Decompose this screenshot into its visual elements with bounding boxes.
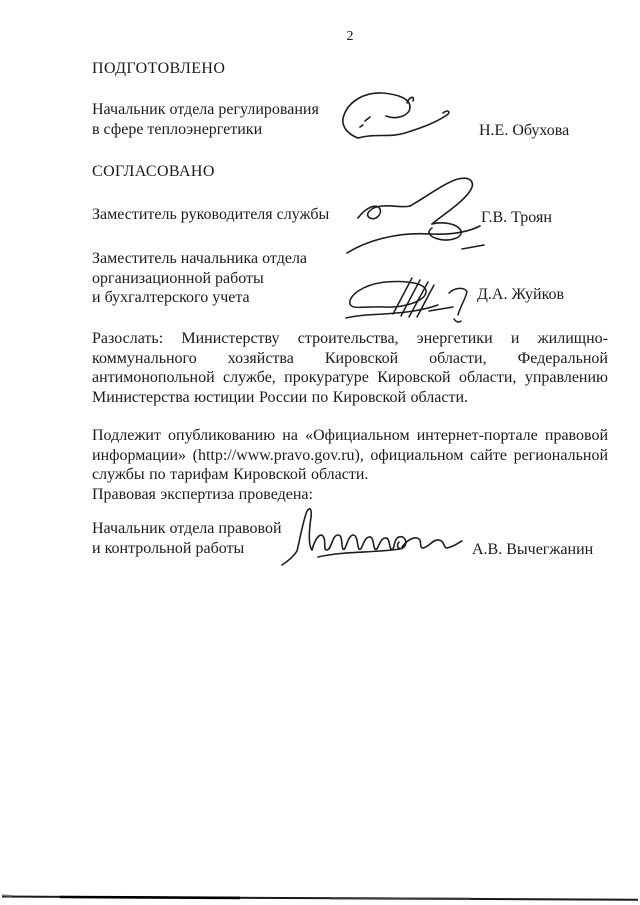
document-page: 2 ПОДГОТОВЛЕНО Начальник отдела регулиро… [0,0,640,905]
publication-line: информации» (http://www.pravo.gov.ru), о… [92,446,608,466]
legal-signer-name: А.В. Вычегжанин [472,540,593,560]
approved-signer1-name: Г.В. Троян [481,208,552,228]
prepared-signer-name: Н.Е. Обухова [479,121,569,141]
zhuykov-signature-icon [341,272,471,328]
page-number: 2 [92,29,608,45]
dispatch-paragraph: Разослать: Министерству строительства, э… [92,329,608,407]
approved-heading: СОГЛАСОВАНО [92,162,215,182]
publication-line: Подлежит опубликованию на «Официальном и… [92,426,608,446]
publication-paragraph: Подлежит опубликованию на «Официальном и… [92,426,608,504]
dispatch-line: Разослать: Министерству строительства, э… [92,329,608,349]
publication-line: Правовая экспертиза проведена: [92,485,608,505]
approved-signer2-role: Заместитель начальника отдела организаци… [92,249,307,308]
scan-artifact-line [0,890,640,904]
troyan-signature-icon [346,176,496,256]
dispatch-line: коммунального хозяйства Кировской област… [92,349,608,369]
dispatch-line: Министерства юстиции России по Кировской… [92,388,608,408]
prepared-heading: ПОДГОТОВЛЕНО [92,59,225,79]
approved-signer1-role: Заместитель руководителя службы [92,205,329,225]
legal-signer-role: Начальник отдела правовой и контрольной … [92,519,282,558]
dispatch-line: антимонопольной службе, прокуратуре Киро… [92,368,608,388]
publication-line: службы по тарифам Кировской области. [92,465,608,485]
prepared-signer-role: Начальник отдела регулирования в сфере т… [92,100,319,139]
approved-signer2-name: Д.А. Жуйков [477,285,564,305]
vychegzhanin-signature-icon [274,505,466,567]
obukhova-signature-icon [336,90,464,152]
